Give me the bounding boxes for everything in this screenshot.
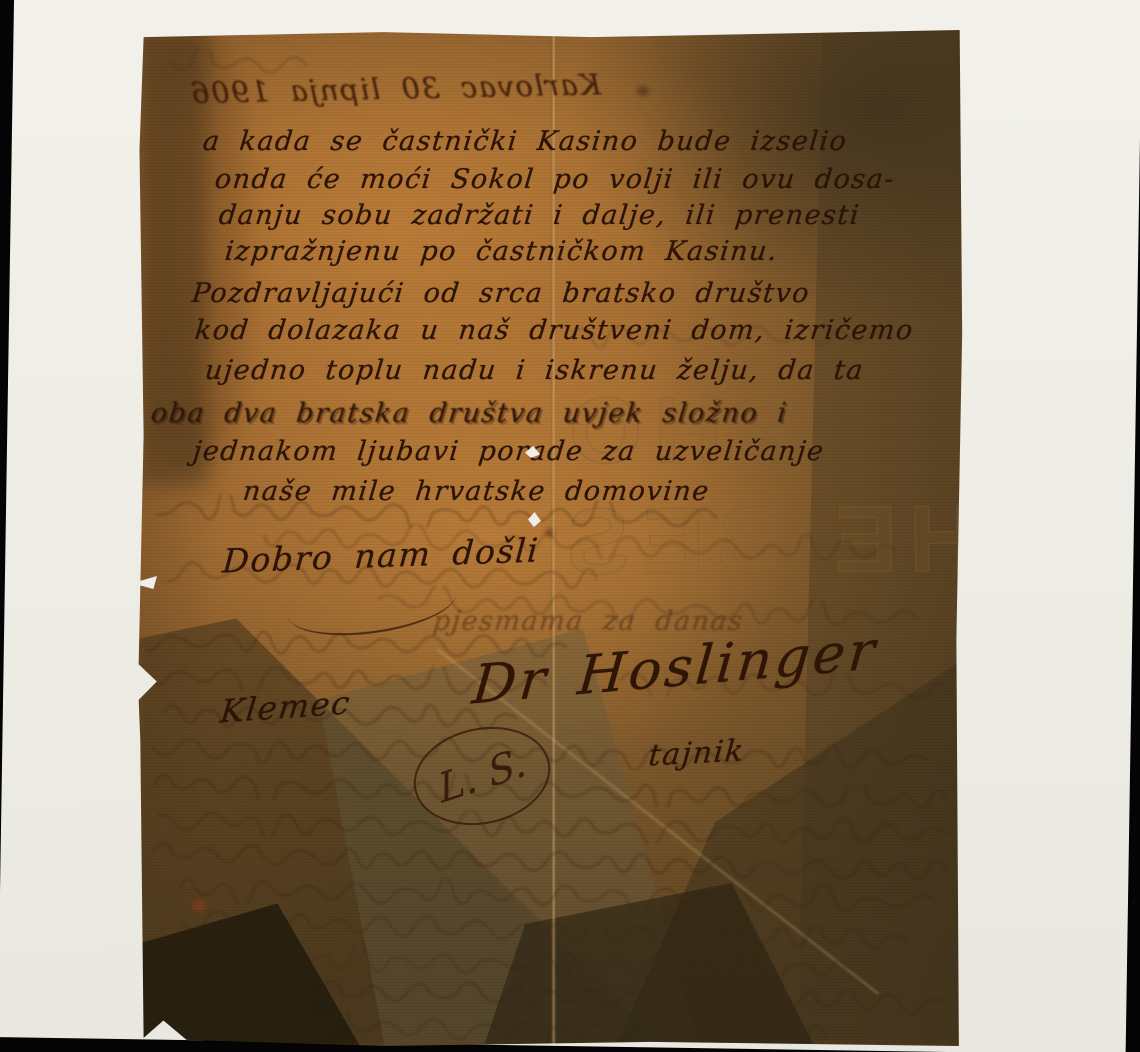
letter-page: PHO THE BES Karlovac 30 lipnja 1906 a ka… <box>137 28 963 1046</box>
handwriting-line: jednakom ljubavi porade za uzveličanje <box>191 436 826 467</box>
handwriting-line: kod dolazaka u naš društveni dom, izriče… <box>193 315 915 346</box>
handwriting-line: a kada se častnički Kasino bude izselio <box>201 126 849 157</box>
signature-role: tajnik <box>647 734 746 774</box>
scanner-bed: PHO THE BES Karlovac 30 lipnja 1906 a ka… <box>0 0 1140 1052</box>
handwriting-line: ujedno toplu nadu i iskrenu želju, da ta <box>203 355 865 386</box>
seal-text: L. S. <box>435 739 529 813</box>
handwriting-line: oba dva bratska društva uvjek složno i <box>149 398 789 429</box>
watermark-text: PHO <box>557 375 798 485</box>
handwriting-line: danju sobu zadržati i dalje, ili prenest… <box>217 200 861 231</box>
handwriting-line: Pozdravljajući od srca bratsko društvo <box>190 278 811 309</box>
handwriting-line: naše mile hrvatske domovine <box>241 476 711 507</box>
faint-handwriting-line: pjesmama za danas <box>431 606 745 637</box>
handwriting-line: izpražnjenu po častničkom Kasinu. <box>223 236 779 267</box>
handwriting-line: onda će moći Sokol po volji ili ovu dosa… <box>213 164 896 195</box>
